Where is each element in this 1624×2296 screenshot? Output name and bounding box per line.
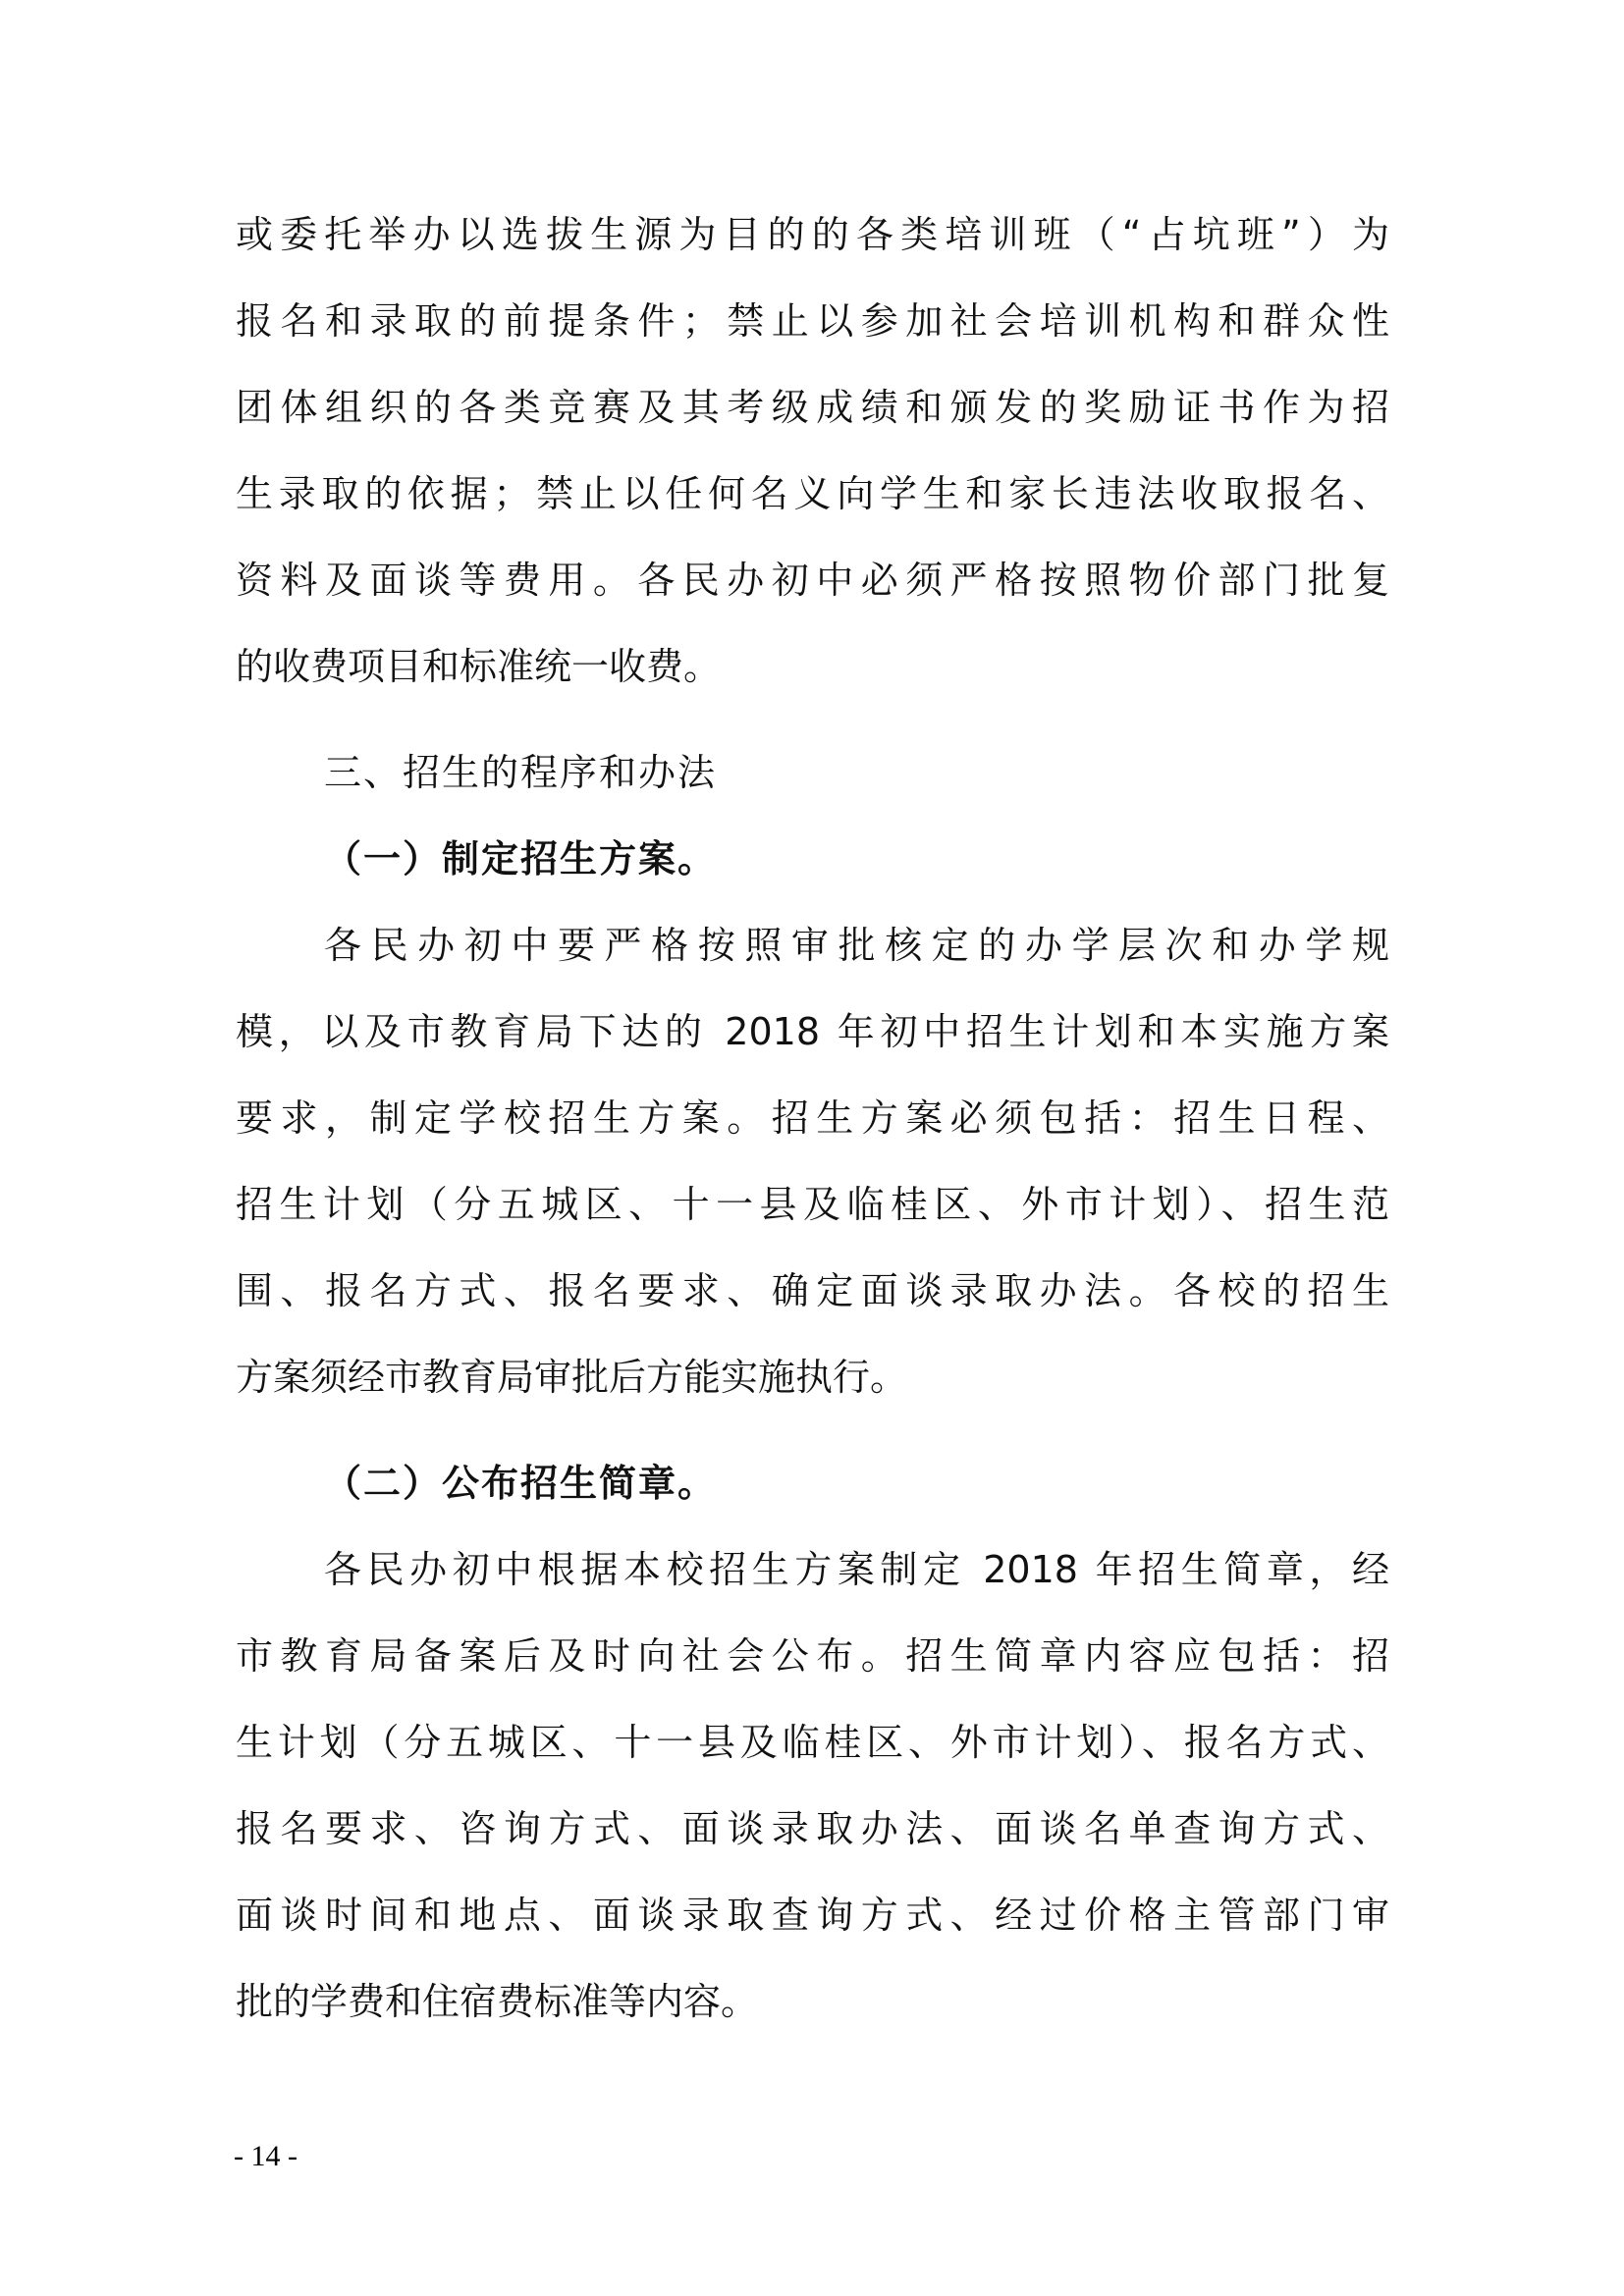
section-heading: 三、招生的程序和办法 xyxy=(324,749,717,796)
paragraph-line: 生录取的依据；禁止以任何名义向学生和家长违法收取报名、 xyxy=(236,470,1389,517)
paragraph-line: 资料及面谈等费用。各民办初中必须严格按照物价部门批复 xyxy=(236,557,1389,604)
paragraph-line: 各民办初中要严格按照审批核定的办学层次和办学规 xyxy=(324,922,1389,969)
paragraph-line: 团体组织的各类竞赛及其考级成绩和颁发的奖励证书作为招 xyxy=(236,384,1389,431)
paragraph-line: 批的学费和住宿费标准等内容。 xyxy=(236,1978,1389,2025)
paragraph-line: 各民办初中根据本校招生方案制定 2018 年招生简章，经 xyxy=(324,1546,1389,1593)
paragraph-line: 模，以及市教育局下达的 2018 年初中招生计划和本实施方案 xyxy=(236,1008,1389,1055)
paragraph-line: 的收费项目和标准统一收费。 xyxy=(236,643,1389,690)
paragraph-line: 生计划（分五城区、十一县及临桂区、外市计划）、报名方式、 xyxy=(236,1719,1389,1766)
paragraph-line: 方案须经市教育局审批后方能实施执行。 xyxy=(236,1354,1389,1401)
paragraph-line: 市教育局备案后及时向社会公布。招生简章内容应包括：招 xyxy=(236,1632,1389,1680)
paragraph-line: 或委托举办以选拔生源为目的的各类培训班（“占坑班”）为 xyxy=(236,211,1389,258)
document-page: 或委托举办以选拔生源为目的的各类培训班（“占坑班”）为 报名和录取的前提条件；禁… xyxy=(0,0,1624,2296)
paragraph-line: 报名和录取的前提条件；禁止以参加社会培训机构和群众性 xyxy=(236,297,1389,345)
subsection-heading: （一）制定招生方案。 xyxy=(324,835,717,882)
page-number: - 14 - xyxy=(234,2140,298,2173)
paragraph-line: 面谈时间和地点、面谈录取查询方式、经过价格主管部门审 xyxy=(236,1892,1389,1939)
paragraph-line: 招生计划（分五城区、十一县及临桂区、外市计划）、招生范 xyxy=(236,1181,1389,1228)
paragraph-line: 要求，制定学校招生方案。招生方案必须包括：招生日程、 xyxy=(236,1095,1389,1142)
paragraph-line: 围、报名方式、报名要求、确定面谈录取办法。各校的招生 xyxy=(236,1267,1389,1314)
subsection-heading: （二）公布招生简章。 xyxy=(324,1460,717,1507)
paragraph-line: 报名要求、咨询方式、面谈录取办法、面谈名单查询方式、 xyxy=(236,1805,1389,1852)
